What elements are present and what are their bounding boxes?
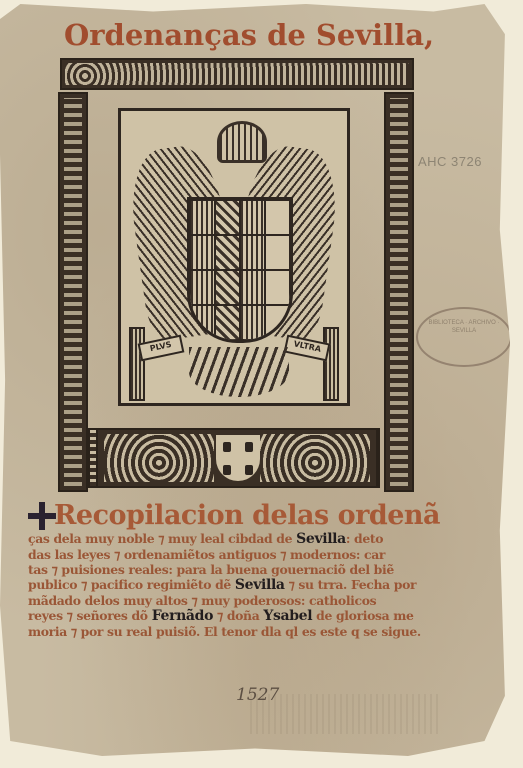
pillar-of-hercules-left-icon (129, 327, 145, 401)
stamp-text: BIBLIOTECA · ARCHIVO · SEVILLA (418, 319, 510, 335)
heraldic-shield-icon (187, 197, 293, 343)
coat-of-arms-woodcut: PLVS VLTRA (118, 108, 350, 406)
pillar-ornament (64, 98, 82, 486)
crown-icon (217, 121, 267, 163)
text-segment: ⁊ doña (213, 608, 263, 623)
document-page: Ordenanças de Sevilla, PLVS VLTRA AHC (0, 4, 510, 756)
text-segment: publico ⁊ pacifico regimiẽto dẽ (28, 577, 235, 592)
page-title: Ordenanças de Sevilla, (64, 18, 414, 52)
text-line: mãdado delos muy altos ⁊ muy poderosos: … (28, 593, 440, 608)
pillar-ornament (390, 98, 408, 486)
body-lines: ças dela muy noble ⁊ muy leal cibdad de … (28, 531, 440, 639)
proper-name: Sevilla (296, 531, 346, 547)
woodcut-pillar-right (384, 92, 414, 492)
margin-shelfmark: AHC 3726 (418, 154, 482, 169)
text-segment: : deto (346, 531, 383, 546)
woodcut-border-top (60, 58, 414, 90)
text-segment: de gloriosa me (312, 608, 413, 623)
woodcut-pillar-left (58, 92, 88, 492)
pillar-of-hercules-right-icon (323, 327, 339, 401)
arrows-bundle-icon (189, 347, 289, 397)
woodcut-border-bottom (96, 428, 378, 488)
acanthus-leaf-right-icon (260, 434, 370, 482)
handwritten-date: 1527 (236, 685, 279, 705)
proper-name: Fernãdo (152, 608, 213, 624)
text-line: reyes ⁊ señores dõ Fernãdo ⁊ doña Ysabel… (28, 608, 440, 624)
text-line: moria ⁊ por su real puisiõ. El tenor dla… (28, 624, 440, 639)
acanthus-leaf-left-icon (104, 434, 214, 482)
text-segment: tas ⁊ puisiones reales: para la buena go… (28, 562, 394, 577)
text-segment: mãdado delos muy altos ⁊ muy poderosos: … (28, 593, 376, 608)
text-segment: das las leyes ⁊ ordenamiẽtos antiguos ⁊ … (28, 547, 385, 562)
heading-text: Recopilacion delas ordenã (54, 500, 440, 531)
text-segment: reyes ⁊ señores dõ (28, 608, 152, 623)
coat-of-arms-inner: PLVS VLTRA (129, 117, 339, 397)
library-stamp: BIBLIOTECA · ARCHIVO · SEVILLA (416, 307, 512, 367)
vine-ornament (65, 63, 409, 85)
heading-line: Recopilacion delas ordenã (28, 500, 440, 531)
title-text-block: Recopilacion delas ordenã ças dela muy n… (28, 500, 440, 639)
proper-name: Sevilla (235, 577, 285, 593)
text-segment: ças dela muy noble ⁊ muy leal cibdad de (28, 531, 296, 546)
proper-name: Ysabel (263, 608, 312, 624)
text-line: tas ⁊ puisiones reales: para la buena go… (28, 562, 440, 577)
text-line: publico ⁊ pacifico regimiẽto dẽ Sevilla … (28, 577, 440, 593)
text-line: das las leyes ⁊ ordenamiẽtos antiguos ⁊ … (28, 547, 440, 562)
small-shield-icon (216, 435, 260, 481)
text-segment: moria ⁊ por su real puisiõ. El tenor dla… (28, 624, 421, 639)
cross-pattee-icon (28, 502, 48, 530)
text-line: ças dela muy noble ⁊ muy leal cibdad de … (28, 531, 440, 547)
text-segment: ⁊ su trra. Fecha por (285, 577, 417, 592)
